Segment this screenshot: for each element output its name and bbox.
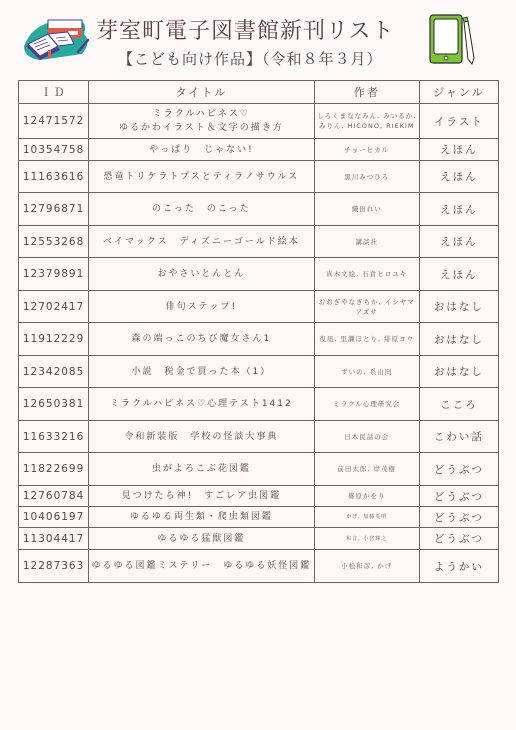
table-row: 11633216令和新装版 学校の怪談大事典日本民話の会こわい話 — [19, 421, 499, 453]
book-title: ベイマックス ディズニーゴールド絵本 — [89, 226, 314, 258]
new-books-table: ＩＤ タイトル 作者 ジャンル 12471572ミラクルハピネス♡ゆるかわイラス… — [18, 80, 499, 583]
book-author: チョーヒカル — [314, 139, 419, 161]
table-row: 11163616恐竜トリケラトプスとティラノサウルス黒川みつひろえほん — [19, 161, 499, 193]
book-title: 俳句ステップ! — [89, 291, 314, 323]
book-title: 森の端っこのちび魔女さん1 — [89, 323, 314, 356]
book-author: おおぎやなぎちか, イシヤマアズサ — [314, 291, 419, 323]
book-title: 見つけたら神! すごレア虫図鑑 — [89, 486, 314, 507]
book-genre: イラスト — [419, 104, 498, 139]
book-genre: こわい話 — [419, 421, 498, 453]
book-title: のこった のこった — [89, 193, 314, 226]
book-genre: えほん — [419, 258, 498, 291]
table-row: 12379891おやさいとんとん真木文絵, 石倉ヒロユキえほん — [19, 258, 499, 291]
book-id: 12760784 — [19, 486, 89, 507]
book-author: ずいの, 系山冏 — [314, 356, 419, 388]
book-id: 12342085 — [19, 356, 89, 388]
book-author: 真木文絵, 石倉ヒロユキ — [314, 258, 419, 291]
book-id: 10354758 — [19, 139, 89, 161]
table-body: 12471572ミラクルハピネス♡ゆるかわイラスト＆文字の描き方しろくまななみん… — [19, 104, 499, 583]
book-genre: えほん — [419, 193, 498, 226]
book-author: 小松和彦, かげ — [314, 550, 419, 583]
column-header-author: 作者 — [314, 81, 419, 104]
book-id: 12650381 — [19, 388, 89, 421]
table-row: 12796871のこった のこった織田れいえほん — [19, 193, 499, 226]
book-title: ミラクルハピネス♡ゆるかわイラスト＆文字の描き方 — [89, 104, 314, 139]
table-row: 12760784見つけたら神! すごレア虫図鑑篠原かをりどうぶつ — [19, 486, 499, 507]
book-author: しろくまななみん, みいるか, みりん, HICONO, RIEKIM — [314, 104, 419, 139]
book-id: 12796871 — [19, 193, 89, 226]
book-title: ゆるゆる図鑑ミステリー ゆるゆる妖怪図鑑 — [89, 550, 314, 583]
book-id: 11912229 — [19, 323, 89, 356]
table-row: 12287363ゆるゆる図鑑ミステリー ゆるゆる妖怪図鑑小松和彦, かげようかい — [19, 550, 499, 583]
table-row: 12702417俳句ステップ!おおぎやなぎちか, イシヤマアズサおはなし — [19, 291, 499, 323]
table-header-row: ＩＤ タイトル 作者 ジャンル — [19, 81, 499, 104]
book-id: 11163616 — [19, 161, 89, 193]
tablet-icon — [428, 12, 476, 66]
book-author: 夜凪, 里瀬ほとり, 緋原ヨウ — [314, 323, 419, 356]
book-genre: どうぶつ — [419, 507, 498, 528]
book-id: 12287363 — [19, 550, 89, 583]
page-header: 芽室町電子図書館新刊リスト 【こども向け作品】（令和８年３月） — [0, 0, 516, 78]
book-title: 小説 税金で買った本（1） — [89, 356, 314, 388]
page-title: 芽室町電子図書館新刊リスト — [96, 14, 416, 45]
book-title: 虫がよろこぶ花図鑑 — [89, 453, 314, 486]
book-id: 12379891 — [19, 258, 89, 291]
table-row: 12650381ミラクルハピネス♡心理テスト1412ミラクル心理研究会こころ — [19, 388, 499, 421]
book-title: 恐竜トリケラトプスとティラノサウルス — [89, 161, 314, 193]
book-genre: ようかい — [419, 550, 498, 583]
column-header-title: タイトル — [89, 81, 314, 104]
book-genre: おはなし — [419, 291, 498, 323]
book-genre: どうぶつ — [419, 528, 498, 550]
column-header-genre: ジャンル — [419, 81, 498, 104]
book-id: 12702417 — [19, 291, 89, 323]
table-row: 10406197ゆるゆる両生類・爬虫類図鑑かげ, 加藤英明どうぶつ — [19, 507, 499, 528]
book-id: 11822699 — [19, 453, 89, 486]
book-genre: おはなし — [419, 356, 498, 388]
book-author: 和音, 小宮輝之 — [314, 528, 419, 550]
book-genre: えほん — [419, 139, 498, 161]
book-title: おやさいとんとん — [89, 258, 314, 291]
book-id: 11304417 — [19, 528, 89, 550]
column-header-id: ＩＤ — [19, 81, 89, 104]
table-row: 10354758やっぱり じゃない!チョーヒカルえほん — [19, 139, 499, 161]
book-author: 織田れい — [314, 193, 419, 226]
book-id: 10406197 — [19, 507, 89, 528]
book-author: 前田太郎, 岸茂樹 — [314, 453, 419, 486]
book-genre: こころ — [419, 388, 498, 421]
book-title: 令和新装版 学校の怪談大事典 — [89, 421, 314, 453]
book-author: 講談社 — [314, 226, 419, 258]
book-genre: どうぶつ — [419, 453, 498, 486]
table-row: 12471572ミラクルハピネス♡ゆるかわイラスト＆文字の描き方しろくまななみん… — [19, 104, 499, 139]
table-row: 11912229森の端っこのちび魔女さん1夜凪, 里瀬ほとり, 緋原ヨウおはなし — [19, 323, 499, 356]
book-genre: どうぶつ — [419, 486, 498, 507]
book-id: 12553268 — [19, 226, 89, 258]
book-title: ゆるゆる両生類・爬虫類図鑑 — [89, 507, 314, 528]
book-author: かげ, 加藤英明 — [314, 507, 419, 528]
book-title: ミラクルハピネス♡心理テスト1412 — [89, 388, 314, 421]
book-author: 日本民話の会 — [314, 421, 419, 453]
book-author: ミラクル心理研究会 — [314, 388, 419, 421]
book-genre: えほん — [419, 161, 498, 193]
book-genre: おはなし — [419, 323, 498, 356]
books-icon — [18, 12, 94, 64]
page-subtitle: 【こども向け作品】（令和８年３月） — [118, 48, 383, 69]
table-row: 12553268ベイマックス ディズニーゴールド絵本講談社えほん — [19, 226, 499, 258]
table-row: 11822699虫がよろこぶ花図鑑前田太郎, 岸茂樹どうぶつ — [19, 453, 499, 486]
book-id: 12471572 — [19, 104, 89, 139]
book-title: ゆるゆる猛獣図鑑 — [89, 528, 314, 550]
table-row: 12342085小説 税金で買った本（1）ずいの, 系山冏おはなし — [19, 356, 499, 388]
book-title: やっぱり じゃない! — [89, 139, 314, 161]
table-row: 11304417ゆるゆる猛獣図鑑和音, 小宮輝之どうぶつ — [19, 528, 499, 550]
book-author: 篠原かをり — [314, 486, 419, 507]
book-genre: えほん — [419, 226, 498, 258]
book-id: 11633216 — [19, 421, 89, 453]
book-author: 黒川みつひろ — [314, 161, 419, 193]
